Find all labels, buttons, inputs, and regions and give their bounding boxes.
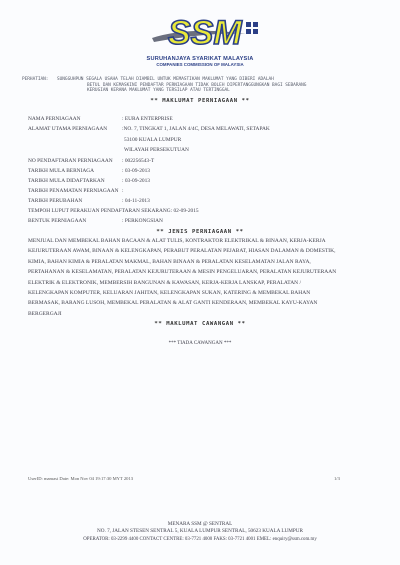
business-type-line: BERGERGAJI (28, 309, 374, 319)
business-type-line: PERTAHANAN & KESELAMATAN, PERALATAN KEJU… (28, 267, 374, 277)
field-value: : (122, 188, 124, 194)
field-value: : 002256543-T (122, 158, 154, 164)
branch-info-value: *** TIADA CAWANGAN *** (0, 341, 400, 346)
field-value: : EURA ENTERPRISE (122, 116, 173, 122)
business-info-heading: ** MAKLUMAT PERNIAGAAN ** (0, 98, 400, 104)
business-type-text: MENJUAL DAN MEMBEKAL BAHAN BACAAN & ALAT… (28, 236, 374, 319)
notice-body: SUNGGUHPUN SEGALA USAHA TELAH DIAMBIL UN… (57, 77, 377, 94)
notice-line: KERUGIAN KERANA MAKLUMAT YANG TERSILAP A… (57, 88, 377, 94)
svg-text:SSM: SSM (168, 14, 242, 52)
footer-address: MENARA SSM @ SENTRAL NO. 7, JALAN STESEN… (0, 521, 400, 543)
ssm-logo: SSM (150, 8, 270, 54)
field-label: TARIKH MULA BERNIAGA (28, 168, 94, 174)
ssm-logo-icon: SSM (150, 8, 270, 54)
field-value: : 03-09-2013 (122, 168, 150, 174)
business-type-heading: ** JENIS PERNIAGAAN ** (0, 229, 400, 235)
branch-info-heading: ** MAKLUMAT CAWANGAN ** (0, 321, 400, 327)
business-type-line: KIMIA, BAHAN KIMIA & PERALATAN MAKMAL, B… (28, 257, 374, 267)
field-value: :NO. 7, TINGKAT 1, JALAN 4/4C, DESA MELA… (122, 126, 270, 132)
notice-label: PERHATIAN: (22, 77, 48, 83)
print-user-line: UserID: mamasi Date: Mon Nov 04 19:17:30… (28, 476, 133, 481)
org-name-en: COMPANIES COMMISSION OF MALAYSIA (0, 62, 400, 67)
business-type-line: BERMASAK, BARANG LUSOH, MEMBEKAL PERALAT… (28, 298, 374, 308)
page-number: 1/3 (334, 476, 340, 481)
footer-line: NO. 7, JALAN STESEN SENTRAL 5, KUALA LUM… (0, 528, 400, 535)
footer-line: OPERATOR: 03-2299 4400 CONTACT CENTRE: 0… (0, 536, 400, 543)
business-type-line: KEJURUTERAAN AWAM, BINAAN & KELENGKAPAN,… (28, 246, 374, 256)
business-type-line: KELENGKAPAN KOMPUTER, KELUARAN JAHITAN, … (28, 288, 374, 298)
field-label: TARIKH PERUBAHAN (28, 198, 82, 204)
field-value: 53100 KUALA LUMPUR (124, 137, 181, 143)
field-value: WILAYAH PERSEKUTUAN (124, 147, 189, 153)
field-label: TEMPOH LUPUT PERAKUAN PENDAFTARAN SEKARA… (28, 208, 199, 214)
field-label: TARIKH MULA DIDAFTARKAN (28, 178, 105, 184)
business-type-line: ELEKTRIK & ELEKTRONIK, MEMBERSIH BANGUNA… (28, 278, 374, 288)
field-value: : PERKONGSIAN (122, 218, 163, 224)
business-type-line: MENJUAL DAN MEMBEKAL BAHAN BACAAN & ALAT… (28, 236, 374, 246)
field-label: NAMA PERNIAGAAN (28, 116, 81, 122)
footer-line: MENARA SSM @ SENTRAL (0, 521, 400, 528)
field-label: BENTUK PERNIAGAAN (28, 218, 86, 224)
field-label: TARIKH PENAMATAN PERNIAGAAN (28, 188, 118, 194)
field-label: NO PENDAFTARAN PERNIAGAAN (28, 158, 113, 164)
field-value: : 04-11-2013 (122, 198, 150, 204)
field-value: : 03-09-2013 (122, 178, 150, 184)
field-label: ALAMAT UTAMA PERNIAGAAN (28, 126, 107, 132)
